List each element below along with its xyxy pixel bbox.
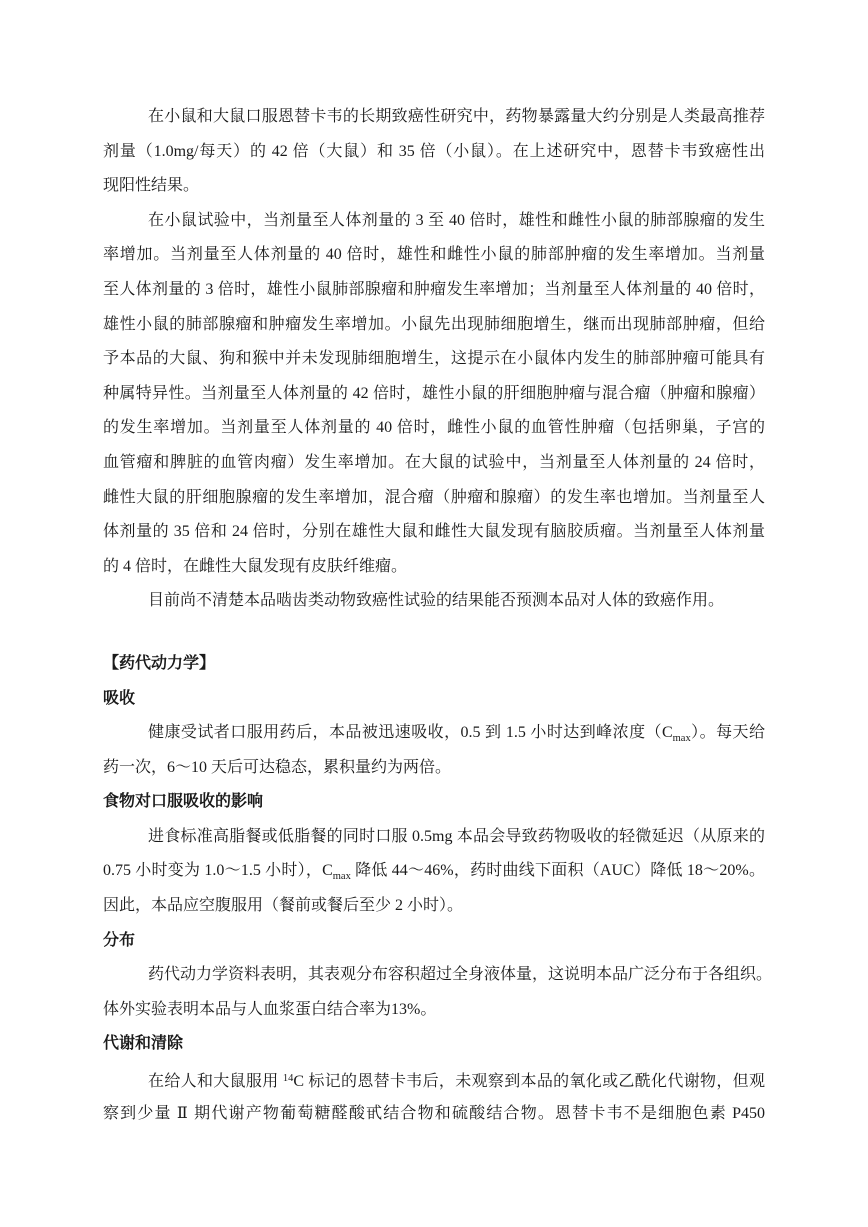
text-run: 雌性大鼠的肝细胞腺瘤的发生率增加，混合瘤（肿瘤和腺瘤）的发生率也增加。当剂量至人 xyxy=(103,489,765,506)
text-line: 的 4 倍时，在雌性大鼠发现有皮肤纤维瘤。 xyxy=(103,550,765,585)
text-run: 目前尚不清楚本品啮齿类动物致癌性试验的结果能否预测本品对人体的致癌作用。 xyxy=(148,592,724,609)
distribution-paragraph: 药代动力学资料表明，其表观分布容积超过全身液体量，这说明本品广泛分布于各组织。体… xyxy=(103,958,765,1027)
text-run: 体外实验表明本品与人血浆蛋白结合率为13%。 xyxy=(103,1001,436,1018)
text-run: C 标记的恩替卡韦后，未观察到本品的氧化或乙酰化代谢物，但观 xyxy=(293,1073,765,1090)
text-run: 予本品的大鼠、狗和猴中并未发现肺细胞增生，这提示在小鼠体内发生的肺部肿瘤可能具有 xyxy=(103,350,765,367)
text-run: 察到少量 Ⅱ 期代谢产物葡萄糖醛酸甙结合物和硫酸结合物。恩替卡韦不是细胞色素 P… xyxy=(103,1105,765,1122)
text-line: 因此，本品应空腹服用（餐前或餐后至少 2 小时）。 xyxy=(103,889,765,924)
metabolism-elimination-subheading: 代谢和清除 xyxy=(103,1027,765,1062)
text-run: 健康受试者口服用药后，本品被迅速吸收，0.5 到 1.5 小时达到峰浓度（C xyxy=(148,724,673,741)
text-run: 在小鼠试验中，当剂量至人体剂量的 3 至 40 倍时，雄性和雌性小鼠的肺部腺瘤的… xyxy=(148,212,765,229)
subscript-text: max xyxy=(333,871,351,882)
text-line: 药一次，6～10 天后可达稳态，累积量约为两倍。 xyxy=(103,751,765,786)
text-run: ）。每天给 xyxy=(691,724,765,741)
text-line: 在小鼠试验中，当剂量至人体剂量的 3 至 40 倍时，雄性和雌性小鼠的肺部腺瘤的… xyxy=(103,204,765,239)
text-run: 雄性小鼠的肺部腺瘤和肿瘤发生率增加。小鼠先出现肺细胞增生，继而出现肺部肿瘤，但给 xyxy=(103,316,765,333)
text-run: 血管瘤和脾脏的血管肉瘤）发生率增加。在大鼠的试验中，当剂量至人体剂量的 24 倍… xyxy=(103,454,765,471)
text-run: 因此，本品应空腹服用（餐前或餐后至少 2 小时）。 xyxy=(103,897,463,914)
document-body: 在小鼠和大鼠口服恩替卡韦的长期致癌性研究中，药物暴露量大约分别是人类最高推荐剂量… xyxy=(103,100,765,1131)
text-line: 雄性小鼠的肺部腺瘤和肿瘤发生率增加。小鼠先出现肺细胞增生，继而出现肺部肿瘤，但给 xyxy=(103,308,765,343)
text-line: 进食标准高脂餐或低脂餐的同时口服 0.5mg 本品会导致药物吸收的轻微延迟（从原… xyxy=(103,820,765,855)
text-run: 种属特异性。当剂量至人体剂量的 42 倍时，雄性小鼠的肝细胞肿瘤与混合瘤（肿瘤和… xyxy=(103,385,765,402)
text-run: 的 4 倍时，在雌性大鼠发现有皮肤纤维瘤。 xyxy=(103,558,407,575)
text-run: 至人体剂量的 3 倍时，雄性小鼠肺部腺瘤和肿瘤发生率增加；当剂量至人体剂量的 4… xyxy=(103,281,765,298)
text-line: 予本品的大鼠、狗和猴中并未发现肺细胞增生，这提示在小鼠体内发生的肺部肿瘤可能具有 xyxy=(103,342,765,377)
text-run: 的发生率增加。当剂量至人体剂量的 40 倍时，雌性小鼠的血管性肿瘤（包括卵巢，子… xyxy=(103,419,765,436)
pharmacokinetics-heading: 【药代动力学】 xyxy=(103,647,765,682)
text-line: 健康受试者口服用药后，本品被迅速吸收，0.5 到 1.5 小时达到峰浓度（Cma… xyxy=(103,716,765,751)
text-run: 降低 44～46%，药时曲线下面积（AUC）降低 18～20%。 xyxy=(351,862,765,879)
text-run: 在给人和大鼠服用 xyxy=(148,1073,283,1090)
absorption-subheading: 吸收 xyxy=(103,682,765,717)
metabolism-paragraph: 在给人和大鼠服用 14C 标记的恩替卡韦后，未观察到本品的氧化或乙酰化代谢物，但… xyxy=(103,1062,765,1131)
text-line: 的发生率增加。当剂量至人体剂量的 40 倍时，雌性小鼠的血管性肿瘤（包括卵巢，子… xyxy=(103,411,765,446)
distribution-subheading: 分布 xyxy=(103,924,765,959)
text-run: 剂量（1.0mg/每天）的 42 倍（大鼠）和 35 倍（小鼠）。在上述研究中，… xyxy=(103,143,765,160)
mouse-rat-tumor-findings-paragraph: 在小鼠试验中，当剂量至人体剂量的 3 至 40 倍时，雄性和雌性小鼠的肺部腺瘤的… xyxy=(103,204,765,585)
text-run: 0.75 小时变为 1.0～1.5 小时），C xyxy=(103,862,333,879)
superscript-text: 14 xyxy=(283,1073,294,1084)
text-line: 率增加。当剂量至人体剂量的 40 倍时，雄性和雌性小鼠的肺部肿瘤的发生率增加。当… xyxy=(103,238,765,273)
text-run: 现阳性结果。 xyxy=(103,177,199,194)
text-line: 在小鼠和大鼠口服恩替卡韦的长期致癌性研究中，药物暴露量大约分别是人类最高推荐 xyxy=(103,100,765,135)
text-line: 雌性大鼠的肝细胞腺瘤的发生率增加，混合瘤（肿瘤和腺瘤）的发生率也增加。当剂量至人 xyxy=(103,481,765,516)
text-line: 目前尚不清楚本品啮齿类动物致癌性试验的结果能否预测本品对人体的致癌作用。 xyxy=(103,584,765,619)
text-line: 至人体剂量的 3 倍时，雄性小鼠肺部腺瘤和肿瘤发生率增加；当剂量至人体剂量的 4… xyxy=(103,273,765,308)
food-effect-subheading: 食物对口服吸收的影响 xyxy=(103,785,765,820)
text-run: 率增加。当剂量至人体剂量的 40 倍时，雄性和雌性小鼠的肺部肿瘤的发生率增加。当… xyxy=(103,246,765,263)
predictivity-note-paragraph: 目前尚不清楚本品啮齿类动物致癌性试验的结果能否预测本品对人体的致癌作用。 xyxy=(103,584,765,619)
text-line: 察到少量 Ⅱ 期代谢产物葡萄糖醛酸甙结合物和硫酸结合物。恩替卡韦不是细胞色素 P… xyxy=(103,1097,765,1132)
text-run: 在小鼠和大鼠口服恩替卡韦的长期致癌性研究中，药物暴露量大约分别是人类最高推荐 xyxy=(148,108,765,125)
absorption-paragraph: 健康受试者口服用药后，本品被迅速吸收，0.5 到 1.5 小时达到峰浓度（Cma… xyxy=(103,716,765,785)
food-effect-paragraph: 进食标准高脂餐或低脂餐的同时口服 0.5mg 本品会导致药物吸收的轻微延迟（从原… xyxy=(103,820,765,924)
text-run: 体剂量的 35 倍和 24 倍时，分别在雄性大鼠和雌性大鼠发现有脑胶质瘤。当剂量… xyxy=(103,523,765,540)
text-line: 体外实验表明本品与人血浆蛋白结合率为13%。 xyxy=(103,993,765,1028)
text-run: 药代动力学资料表明，其表观分布容积超过全身液体量，这说明本品广泛分布于各组织。 xyxy=(148,966,772,983)
text-line: 0.75 小时变为 1.0～1.5 小时），Cmax 降低 44～46%，药时曲… xyxy=(103,854,765,889)
text-line: 体剂量的 35 倍和 24 倍时，分别在雄性大鼠和雌性大鼠发现有脑胶质瘤。当剂量… xyxy=(103,515,765,550)
text-line: 在给人和大鼠服用 14C 标记的恩替卡韦后，未观察到本品的氧化或乙酰化代谢物，但… xyxy=(103,1062,765,1097)
text-line: 现阳性结果。 xyxy=(103,169,765,204)
subscript-text: max xyxy=(673,733,691,744)
text-run: 药一次，6～10 天后可达稳态，累积量约为两倍。 xyxy=(103,759,451,776)
text-line: 血管瘤和脾脏的血管肉瘤）发生率增加。在大鼠的试验中，当剂量至人体剂量的 24 倍… xyxy=(103,446,765,481)
text-line: 种属特异性。当剂量至人体剂量的 42 倍时，雄性小鼠的肝细胞肿瘤与混合瘤（肿瘤和… xyxy=(103,377,765,412)
text-line: 药代动力学资料表明，其表观分布容积超过全身液体量，这说明本品广泛分布于各组织。 xyxy=(103,958,765,993)
text-line: 剂量（1.0mg/每天）的 42 倍（大鼠）和 35 倍（小鼠）。在上述研究中，… xyxy=(103,135,765,170)
text-run: 进食标准高脂餐或低脂餐的同时口服 0.5mg 本品会导致药物吸收的轻微延迟（从原… xyxy=(148,828,765,845)
carcinogenicity-exposure-paragraph: 在小鼠和大鼠口服恩替卡韦的长期致癌性研究中，药物暴露量大约分别是人类最高推荐剂量… xyxy=(103,100,765,204)
